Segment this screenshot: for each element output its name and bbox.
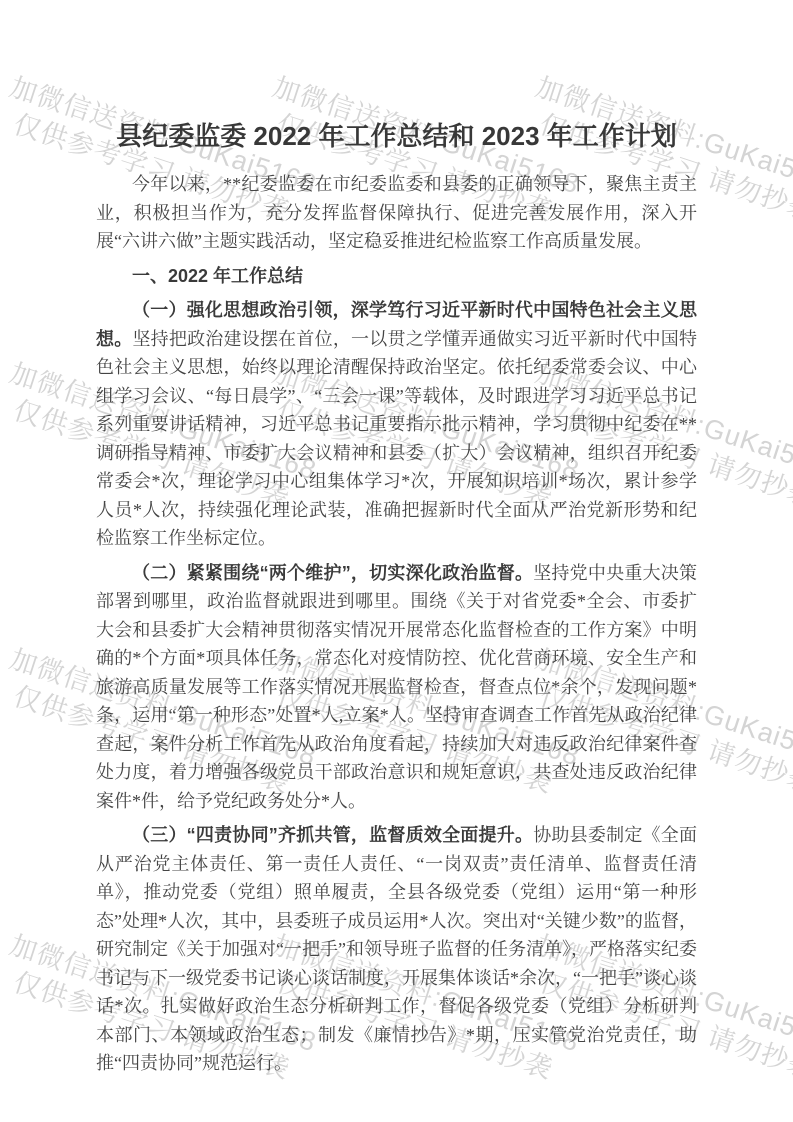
- document-content: 县纪委监委 2022 年工作总结和 2023 年工作计划 今年以来，**纪委监委…: [96, 120, 697, 1078]
- paragraph-section-1: （一）强化思想政治引领，深学笃行习近平新时代中国特色社会主义思想。坚持把政治建设…: [96, 296, 697, 553]
- section-heading-2022-summary: 一、2022 年工作总结: [96, 262, 697, 291]
- document-page: 加微信送资料:GuKai5168仅供参考学习 请勿抄袭加微信送资料:GuKai5…: [0, 0, 793, 1122]
- document-title: 县纪委监委 2022 年工作总结和 2023 年工作计划: [96, 120, 697, 152]
- paragraph-section-1-text: 坚持把政治建设摆在首位，一以贯之学懂弄通做实习近平新时代中国特色社会主义思想，始…: [96, 329, 697, 549]
- paragraph-intro: 今年以来，**纪委监委在市纪委监委和县委的正确领导下，聚焦主责主业，积极担当作为…: [96, 170, 697, 256]
- paragraph-section-3-text: 协助县委制定《全面从严治党主体责任、第一责任人责任、“一岗双责”责任清单、监督责…: [96, 825, 697, 1073]
- paragraph-section-2-text: 坚持党中央重大决策部署到哪里，政治监督就跟进到哪里。围绕《关于对省党委*全会、市…: [96, 563, 697, 811]
- paragraph-section-3: （三）“四责协同”齐抓共管，监督质效全面提升。协助县委制定《全面从严治党主体责任…: [96, 821, 697, 1078]
- paragraph-section-2-lead: （二）紧紧围绕“两个维护”，切实深化政治监督。: [132, 563, 533, 583]
- paragraph-section-3-lead: （三）“四责协同”齐抓共管，监督质效全面提升。: [132, 825, 533, 845]
- paragraph-section-2: （二）紧紧围绕“两个维护”，切实深化政治监督。坚持党中央重大决策部署到哪里，政治…: [96, 559, 697, 816]
